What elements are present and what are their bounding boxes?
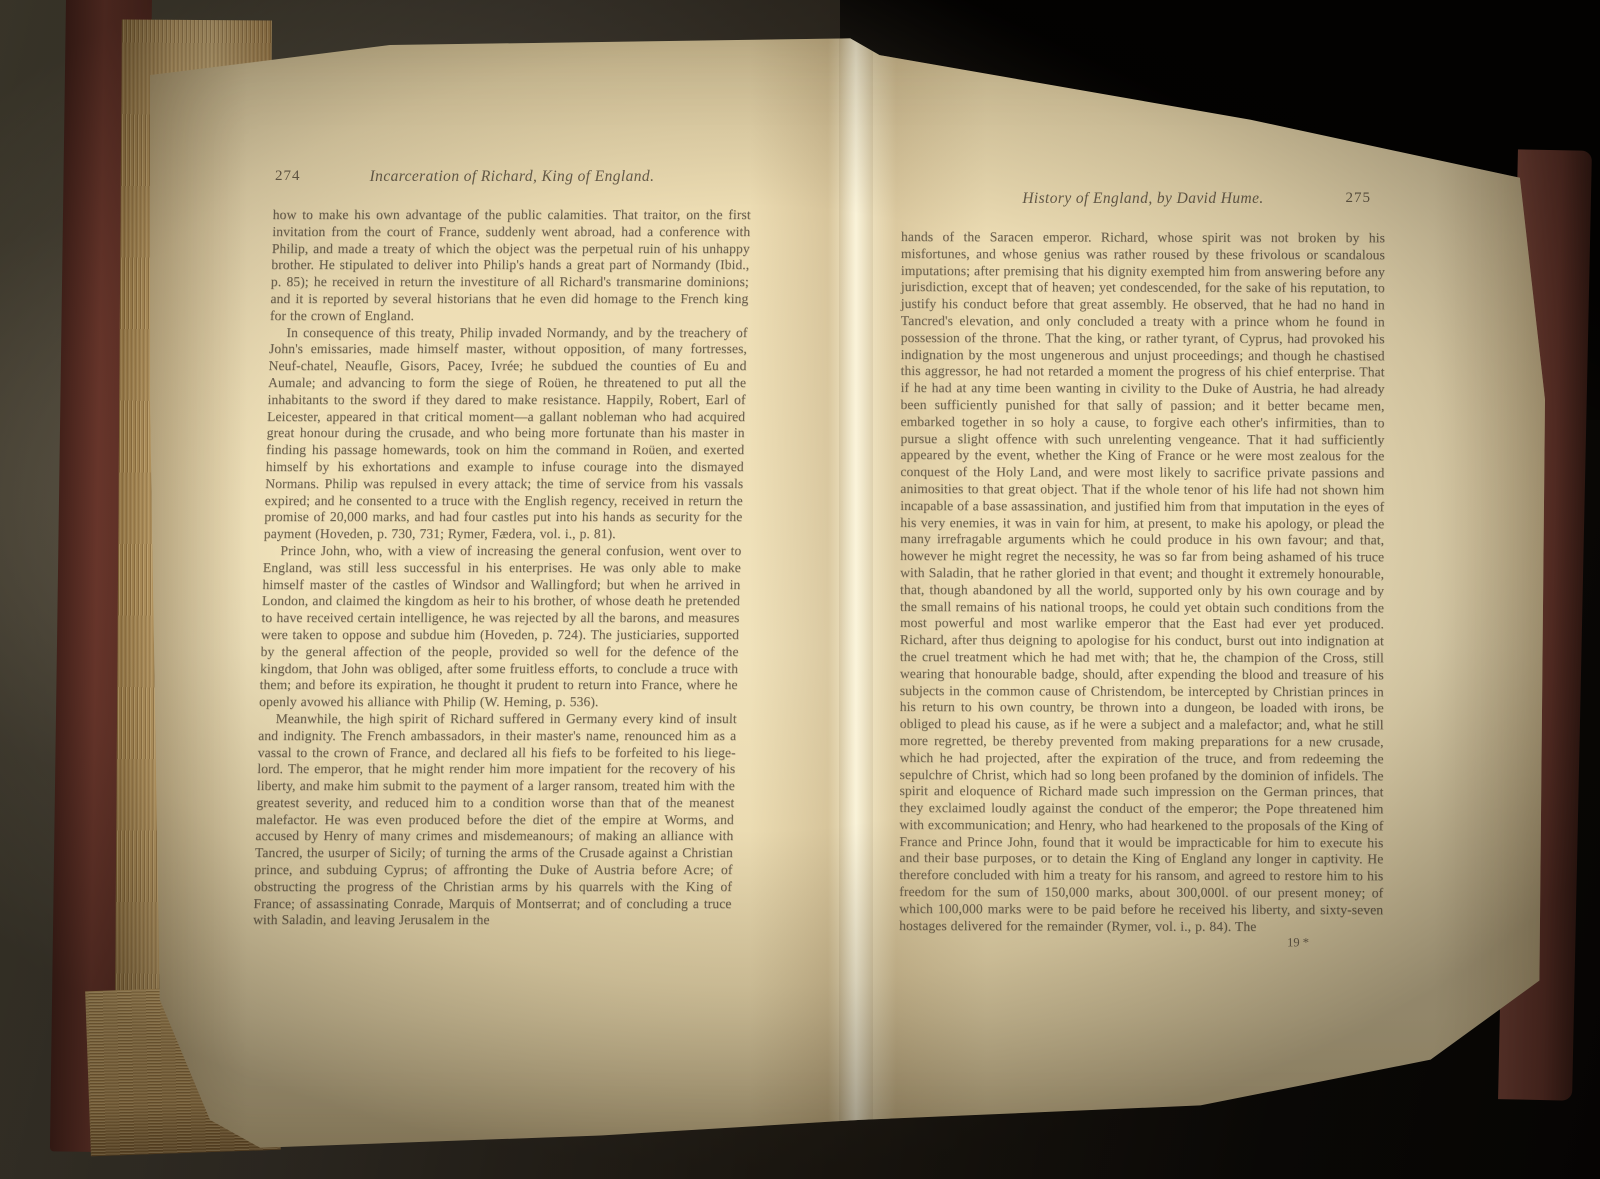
signature-mark: 19 * [901, 935, 1385, 951]
left-page-text: how to make his own advantage of the pub… [253, 207, 751, 929]
left-page-number: 274 [275, 168, 301, 185]
paragraph: hands of the Saracen emperor. Richard, w… [899, 229, 1385, 936]
right-running-head: History of England, by David Hume. [901, 190, 1385, 208]
left-running-head: Incarceration of Richard, King of Englan… [273, 168, 751, 186]
left-page-header: 274 Incarceration of Richard, King of En… [273, 168, 751, 192]
paragraph: how to make his own advantage of the pub… [270, 207, 751, 325]
right-page-text: hands of the Saracen emperor. Richard, w… [899, 229, 1385, 936]
right-page-header: History of England, by David Hume. 275 [901, 190, 1385, 214]
photo-of-open-book: 274 Incarceration of Richard, King of En… [0, 0, 1600, 1179]
paragraph: In consequence of this treaty, Philip in… [264, 325, 748, 543]
left-page: 274 Incarceration of Richard, King of En… [273, 168, 751, 929]
book-gutter [839, 35, 872, 1150]
paragraph: Meanwhile, the high spirit of Richard su… [253, 711, 737, 929]
paragraph: Prince John, who, with a view of increas… [259, 543, 742, 711]
right-page: History of England, by David Hume. 275 h… [901, 190, 1385, 950]
right-page-number: 275 [1346, 190, 1372, 207]
